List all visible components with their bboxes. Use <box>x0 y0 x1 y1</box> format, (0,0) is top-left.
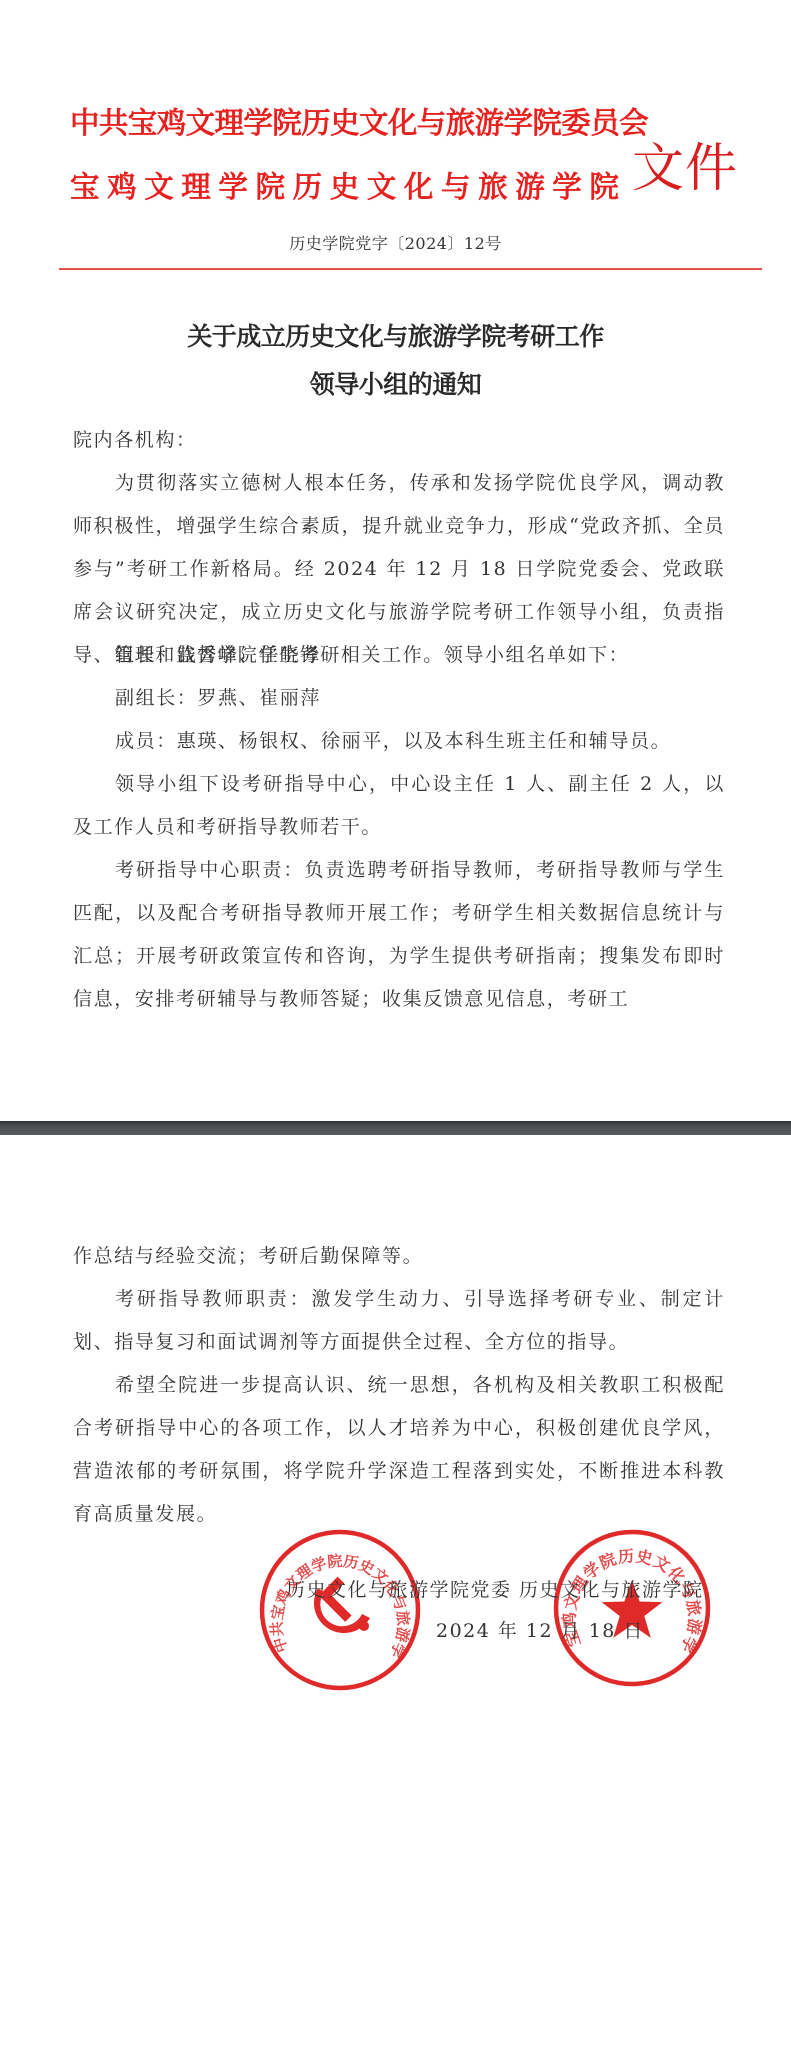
paragraph-center-duties: 考研指导中心职责：负责选聘考研指导教师，考研指导教师与学生匹配，以及配合考研指导… <box>73 849 725 1021</box>
signature-issuers: 历史文化与旅游学院党委 历史文化与旅游学院 <box>0 1575 791 1602</box>
document-page-1: 中共宝鸡文理学院历史文化与旅游学院委员会 宝鸡文理学院历史文化与旅游学院 文件 … <box>0 0 791 1121</box>
college-seal-icon: 宝鸡文理学院历史文化与旅游学院 <box>552 1528 712 1688</box>
paragraph-deputy-leaders: 副组长：罗燕、崔丽萍 <box>73 677 725 720</box>
paragraph-closing: 希望全院进一步提高认识、统一思想，各机构及相关教职工积极配合考研指导中心的各项工… <box>73 1364 725 1536</box>
header-doc-type: 文件 <box>632 126 738 201</box>
doc-number: 历史学院党字〔2024〕12号 <box>0 231 791 254</box>
header-org-line-1: 中共宝鸡文理学院历史文化与旅游学院委员会 <box>70 100 648 142</box>
paragraph-center-duties-continued: 作总结与经验交流；考研后勤保障等。 <box>73 1235 725 1278</box>
red-header-rule <box>59 268 762 270</box>
doc-title-line-2: 领导小组的通知 <box>0 365 791 401</box>
doc-title-line-1: 关于成立历史文化与旅游学院考研工作 <box>0 317 791 353</box>
header-org-line-2: 宝鸡文理学院历史文化与旅游学院 <box>70 164 627 206</box>
page-break-separator <box>0 1121 791 1135</box>
paragraph-members: 成员：惠瑛、杨银权、徐丽平，以及本科生班主任和辅导员。 <box>73 720 725 763</box>
salutation: 院内各机构： <box>73 419 725 462</box>
paragraph-teacher-duties: 考研指导教师职责：激发学生动力、引导选择考研专业、制定计划、指导复习和面试调剂等… <box>73 1278 725 1364</box>
paragraph-leaders: 组长：钱秀峰、任晓锋 <box>73 634 725 677</box>
document-page-2: 作总结与经验交流；考研后勤保障等。 考研指导教师职责：激发学生动力、引导选择考研… <box>0 1135 791 2066</box>
signature-date: 2024 年 12 月 18 日 <box>0 1616 791 1643</box>
paragraph-center: 领导小组下设考研指导中心，中心设主任 1 人、副主任 2 人，以及工作人员和考研… <box>73 763 725 849</box>
party-committee-seal-icon: 中共宝鸡文理学院历史文化与旅游学院委员会 <box>258 1528 422 1692</box>
